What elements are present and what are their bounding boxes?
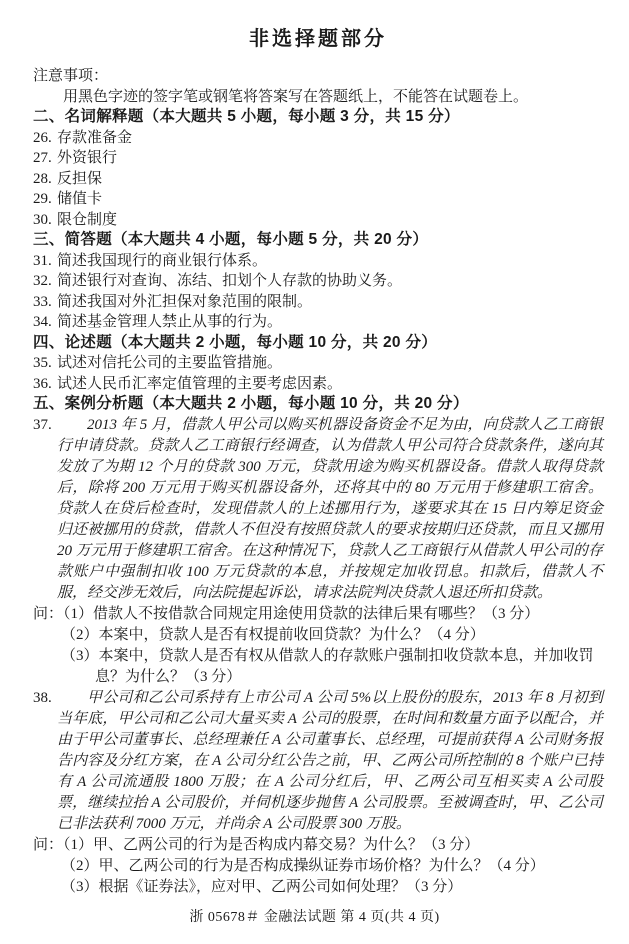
item-text: 简述基金管理人禁止从事的行为。	[57, 312, 603, 333]
section-heading-essay: 四、论述题（本大题共 2 小题，每小题 10 分，共 20 分）	[33, 333, 603, 354]
page-title: 非选择题部分	[33, 26, 603, 52]
section-heading-case-analysis: 五、案例分析题（本大题共 2 小题，每小题 10 分，共 20 分）	[33, 394, 603, 415]
question-line: 问：（1）甲、乙两公司的行为是否构成内幕交易？为什么？（3 分）	[33, 835, 603, 856]
item-text: 简述我国对外汇担保对象范围的限制。	[57, 292, 603, 313]
item-27: 27. 外资银行	[33, 148, 603, 169]
question-label: 问：	[33, 837, 63, 853]
item-number: 26.	[33, 128, 57, 149]
item-number: 33.	[33, 292, 57, 313]
page-footer: 浙 05678＃ 金融法试题 第 4 页(共 4 页)	[0, 908, 629, 929]
item-number: 29.	[33, 189, 57, 210]
case-37: 37. 2013 年 5 月，借款人甲公司以购买机器设备资金不足为由，向贷款人乙…	[33, 415, 603, 604]
item-number: 27.	[33, 148, 57, 169]
item-number: 36.	[33, 374, 57, 395]
question-label: 问：	[33, 606, 63, 622]
question-line: （3）本案中，贷款人是否有权从借款人的存款账户强制扣收贷款本息，并加收罚息？为什…	[61, 646, 603, 688]
notice-text: 用黑色字迹的签字笔或钢笔将答案写在答题纸上，不能答在试题卷上。	[33, 87, 603, 108]
item-36: 36. 试述人民币汇率定值管理的主要考虑因素。	[33, 374, 603, 395]
case-38: 38. 甲公司和乙公司系持有上市公司 A 公司 5%以上股份的股东，2013 年…	[33, 688, 603, 835]
case-number: 37.	[33, 415, 52, 436]
item-text: 储值卡	[57, 189, 603, 210]
case-body: 甲公司和乙公司系持有上市公司 A 公司 5%以上股份的股东，2013 年 8 月…	[57, 688, 603, 835]
item-35: 35. 试述对信托公司的主要监管措施。	[33, 353, 603, 374]
case-body: 2013 年 5 月，借款人甲公司以购买机器设备资金不足为由，向贷款人乙工商银行…	[57, 415, 603, 604]
item-number: 32.	[33, 271, 57, 292]
item-number: 31.	[33, 251, 57, 272]
item-text: 简述银行对查询、冻结、扣划个人存款的协助义务。	[57, 271, 603, 292]
item-31: 31. 简述我国现行的商业银行体系。	[33, 251, 603, 272]
notice-label: 注意事项：	[33, 66, 603, 87]
item-text: 限仓制度	[57, 210, 603, 231]
question-line: （3）根据《证券法》，应对甲、乙两公司如何处理？（3 分）	[61, 877, 603, 898]
exam-page: 非选择题部分 注意事项： 用黑色字迹的签字笔或钢笔将答案写在答题纸上，不能答在试…	[0, 0, 629, 944]
item-text: 反担保	[57, 169, 603, 190]
item-text: 存款准备金	[57, 128, 603, 149]
section-heading-glossary: 二、名词解释题（本大题共 5 小题，每小题 3 分，共 15 分）	[33, 107, 603, 128]
item-text: 简述我国现行的商业银行体系。	[57, 251, 603, 272]
item-32: 32. 简述银行对查询、冻结、扣划个人存款的协助义务。	[33, 271, 603, 292]
item-28: 28. 反担保	[33, 169, 603, 190]
case-number: 38.	[33, 688, 52, 709]
item-number: 30.	[33, 210, 57, 231]
item-number: 28.	[33, 169, 57, 190]
question-line: （2）本案中，贷款人是否有权提前收回贷款？为什么？（4 分）	[61, 625, 603, 646]
item-26: 26. 存款准备金	[33, 128, 603, 149]
item-30: 30. 限仓制度	[33, 210, 603, 231]
section-heading-short-answer: 三、简答题（本大题共 4 小题，每小题 5 分，共 20 分）	[33, 230, 603, 251]
item-33: 33. 简述我国对外汇担保对象范围的限制。	[33, 292, 603, 313]
question-line: （2）甲、乙两公司的行为是否构成操纵证券市场价格？为什么？（4 分）	[61, 856, 603, 877]
item-number: 35.	[33, 353, 57, 374]
item-34: 34. 简述基金管理人禁止从事的行为。	[33, 312, 603, 333]
case-38-questions: 问：（1）甲、乙两公司的行为是否构成内幕交易？为什么？（3 分） （2）甲、乙两…	[33, 835, 603, 898]
question-text: （1）借款人不按借款合同规定用途使用贷款的法律后果有哪些？（3 分）	[63, 606, 539, 622]
case-37-questions: 问：（1）借款人不按借款合同规定用途使用贷款的法律后果有哪些？（3 分） （2）…	[33, 604, 603, 688]
item-text: 试述对信托公司的主要监管措施。	[57, 353, 603, 374]
item-text: 外资银行	[57, 148, 603, 169]
item-29: 29. 储值卡	[33, 189, 603, 210]
question-line: 问：（1）借款人不按借款合同规定用途使用贷款的法律后果有哪些？（3 分）	[33, 604, 603, 625]
item-number: 34.	[33, 312, 57, 333]
question-text: （1）甲、乙两公司的行为是否构成内幕交易？为什么？（3 分）	[63, 837, 479, 853]
item-text: 试述人民币汇率定值管理的主要考虑因素。	[57, 374, 603, 395]
